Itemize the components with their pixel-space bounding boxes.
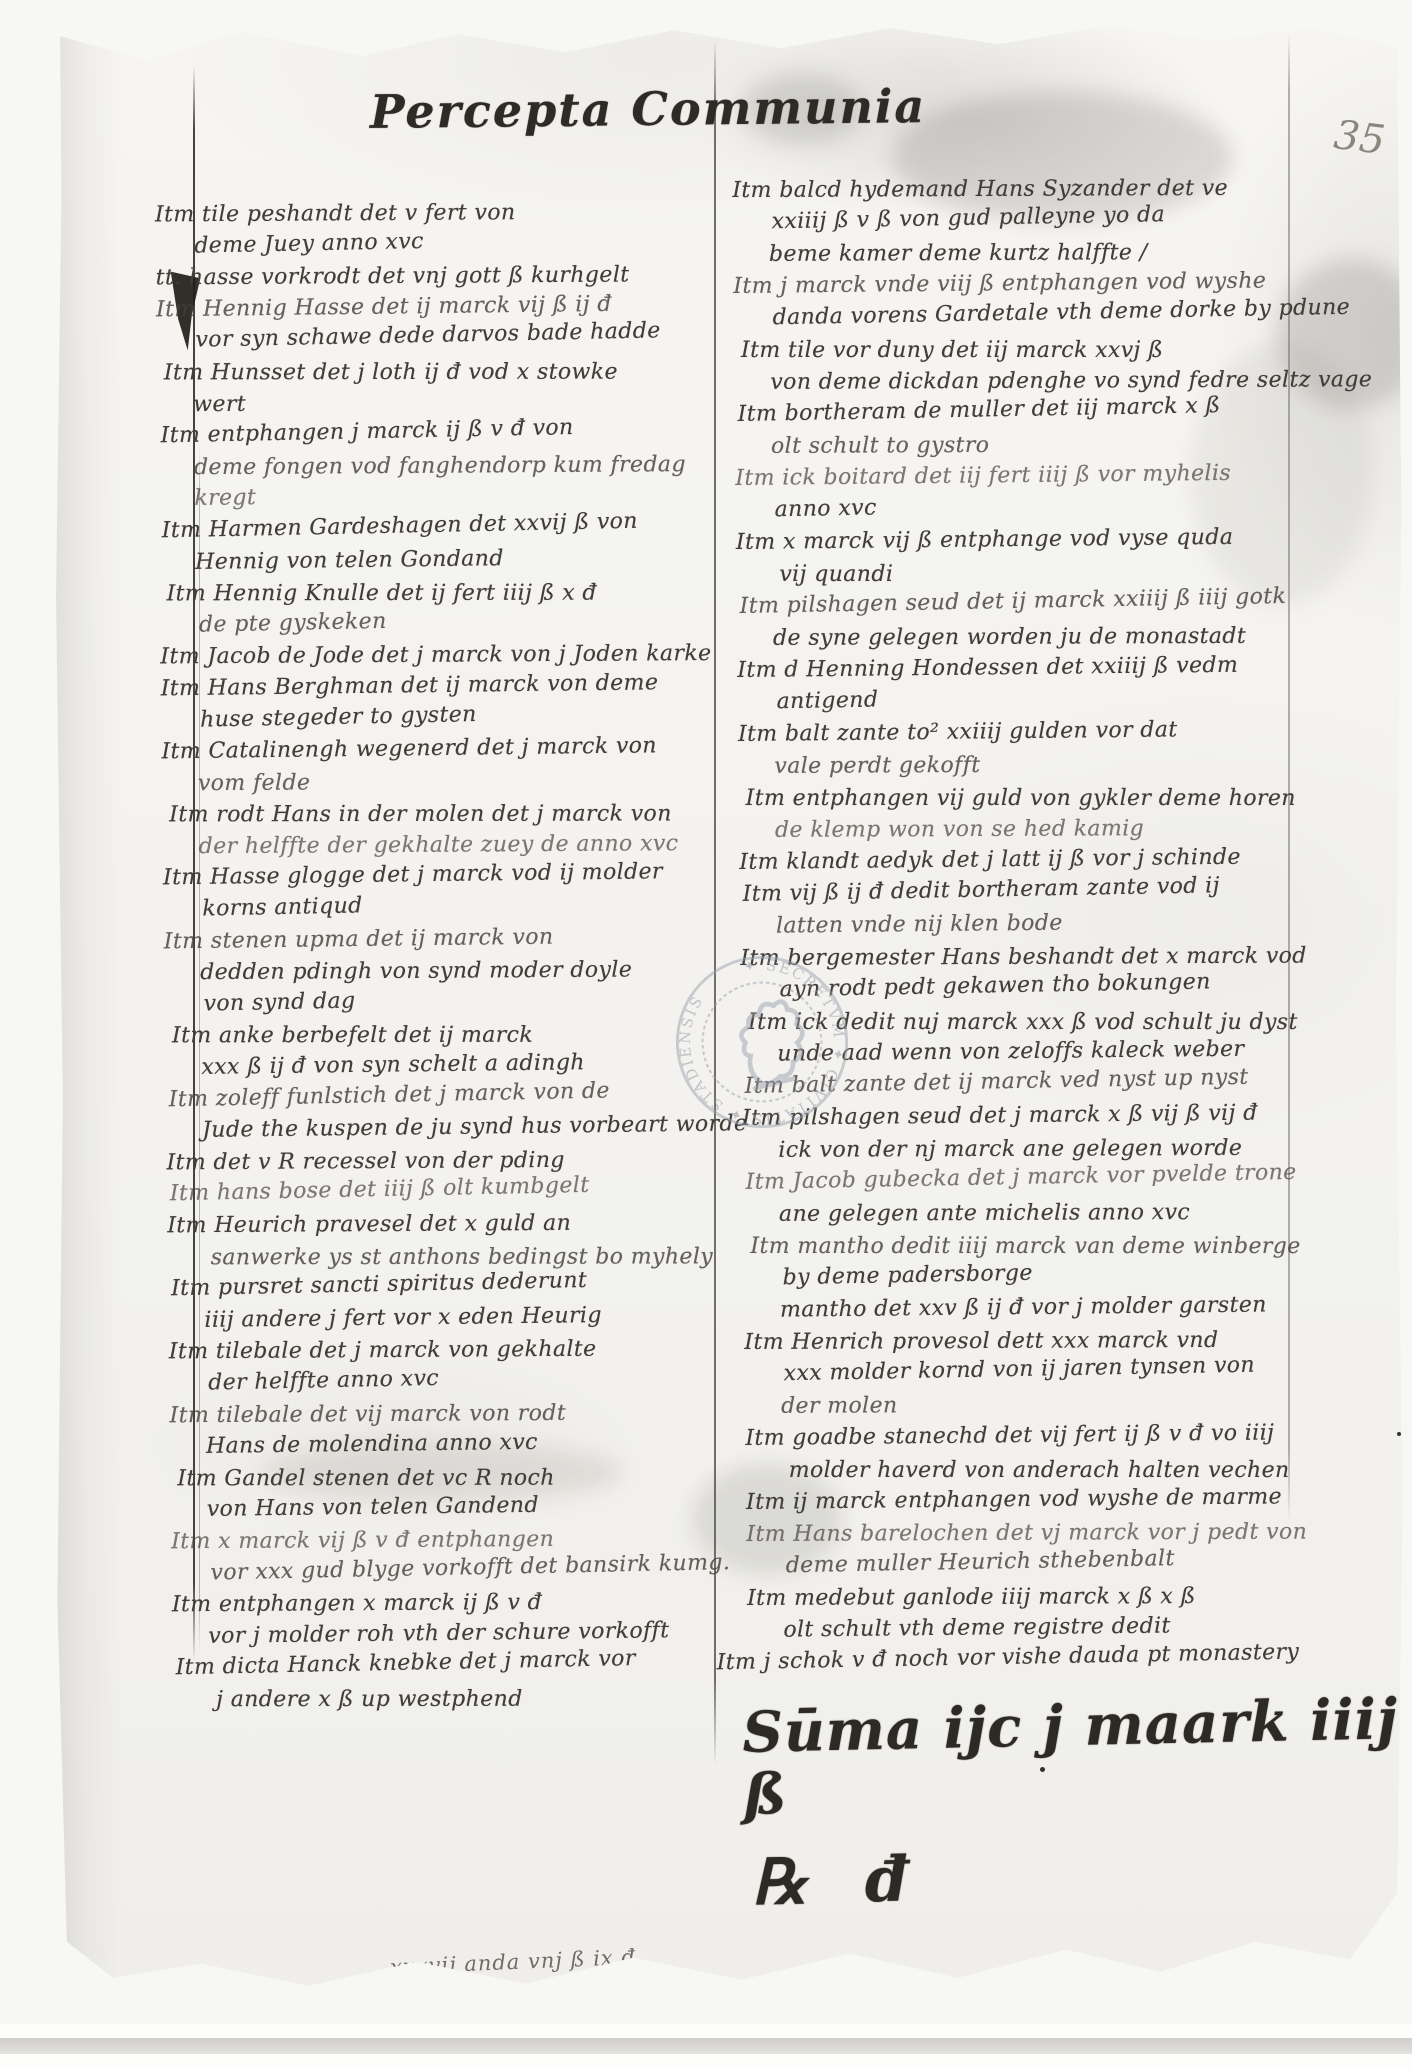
- entry-line: vale perdt gekofft: [738, 749, 1308, 783]
- stamp-ring-text: ✦ SECRETVM ✦ CIVITATIS ✦ STADIENSIS: [659, 939, 866, 1146]
- entry-line: Itm medebut ganlode iiij marck x ß x ß: [747, 1580, 1317, 1614]
- summa-denarii: ℞ đ: [751, 1838, 1406, 1914]
- entry-line: iiij andere j fert vor x eden Heurig: [168, 1298, 713, 1336]
- entry-line: vom felde: [162, 765, 707, 800]
- entry-line: Itm Heurich pravesel det x guld an: [167, 1207, 712, 1242]
- entry-line: Itm goadbe stanechd det vij fert ij ß v …: [745, 1417, 1315, 1455]
- entry-line: de klemp won von se hed kamig: [739, 813, 1309, 847]
- entry-line: Jude the kuspen de ju synd hus vorbeart …: [166, 1109, 711, 1147]
- entry-line: ane gelegen ante michelis anno xvc: [743, 1196, 1313, 1230]
- entry-line: Itm Catalinengh wegenerd det j marck von: [161, 730, 706, 768]
- entry-line: Itm entphangen vij guld von gykler deme …: [746, 783, 1316, 815]
- entry-line: Itm Gandel stenen det vc R noch: [177, 1462, 722, 1495]
- summa-total: Sūma ijc j maark iiij ß ℞ đ: [742, 1689, 1406, 1914]
- entry-line: Itm Hunsset det j loth ij đ vod x stowke: [164, 356, 709, 389]
- entry-line: Itm tile vor duny det iij marck xxvj ß: [741, 335, 1311, 367]
- summa-line: Sūma ijc j maark iiij ß: [742, 1689, 1404, 1826]
- marginal-note: xxxvij anda vnj ß ix đ: [390, 1947, 637, 1978]
- manuscript-scan: Percepta Communia 35 Itm tile peshandt d…: [0, 0, 1412, 2069]
- ink-dot: [1397, 1432, 1401, 1436]
- entry-line: mantho det xxv ß ij đ vor j molder garst…: [744, 1289, 1314, 1327]
- stamp-lion-figure: [735, 997, 813, 1088]
- entry-line: Itm anke berbefelt det ij marck: [172, 1020, 717, 1053]
- entry-line: de syne gelegen worden ju de monastadt: [737, 621, 1307, 655]
- entry-line: Itm rodt Hans in der molen det j marck v…: [169, 799, 714, 832]
- left-column: Itm tile peshandt det v fert vondeme Jue…: [155, 193, 718, 1716]
- scan-edge-band: [0, 2038, 1412, 2054]
- page-heading: Percepta Communia: [370, 83, 927, 135]
- entry-line: Itm entphangen x marck ij ß v đ: [172, 1586, 717, 1621]
- entry-line: Hennig von telen Gondand: [159, 540, 704, 578]
- entry-line: der molen: [745, 1388, 1315, 1422]
- folio-number: 35: [1332, 115, 1387, 161]
- entry-line: Itm stenen upma det ij marck von: [164, 919, 709, 957]
- ink-dot: [1404, 1454, 1407, 1457]
- entry-line: Itm tilebale det vij marck von rodt: [170, 1397, 715, 1432]
- entry-line: molder haverd von anderach halten vechen: [753, 1455, 1323, 1487]
- entry-line: Itm balt zante to² xxiiij gulden vor dat: [738, 713, 1308, 751]
- manuscript-page: Percepta Communia 35 Itm tile peshandt d…: [52, 14, 1404, 2024]
- svg-text:✦ SECRETVM ✦ CIVITATIS ✦ STADI: ✦ SECRETVM ✦ CIVITATIS ✦ STADIENSIS: [659, 939, 866, 1146]
- entry-line: Itm x marck vij ß entphange vod vyse qud…: [736, 521, 1306, 559]
- right-column: Itm balcd hydemand Hans Syzander det vex…: [732, 169, 1318, 1679]
- entry-line: j andere x ß up westphend: [180, 1683, 725, 1716]
- entry-line: Itm Jacob de Jode det j marck von j Jode…: [160, 638, 705, 673]
- entry-line: der helffte der gekhalte zuey de anno xv…: [163, 828, 708, 863]
